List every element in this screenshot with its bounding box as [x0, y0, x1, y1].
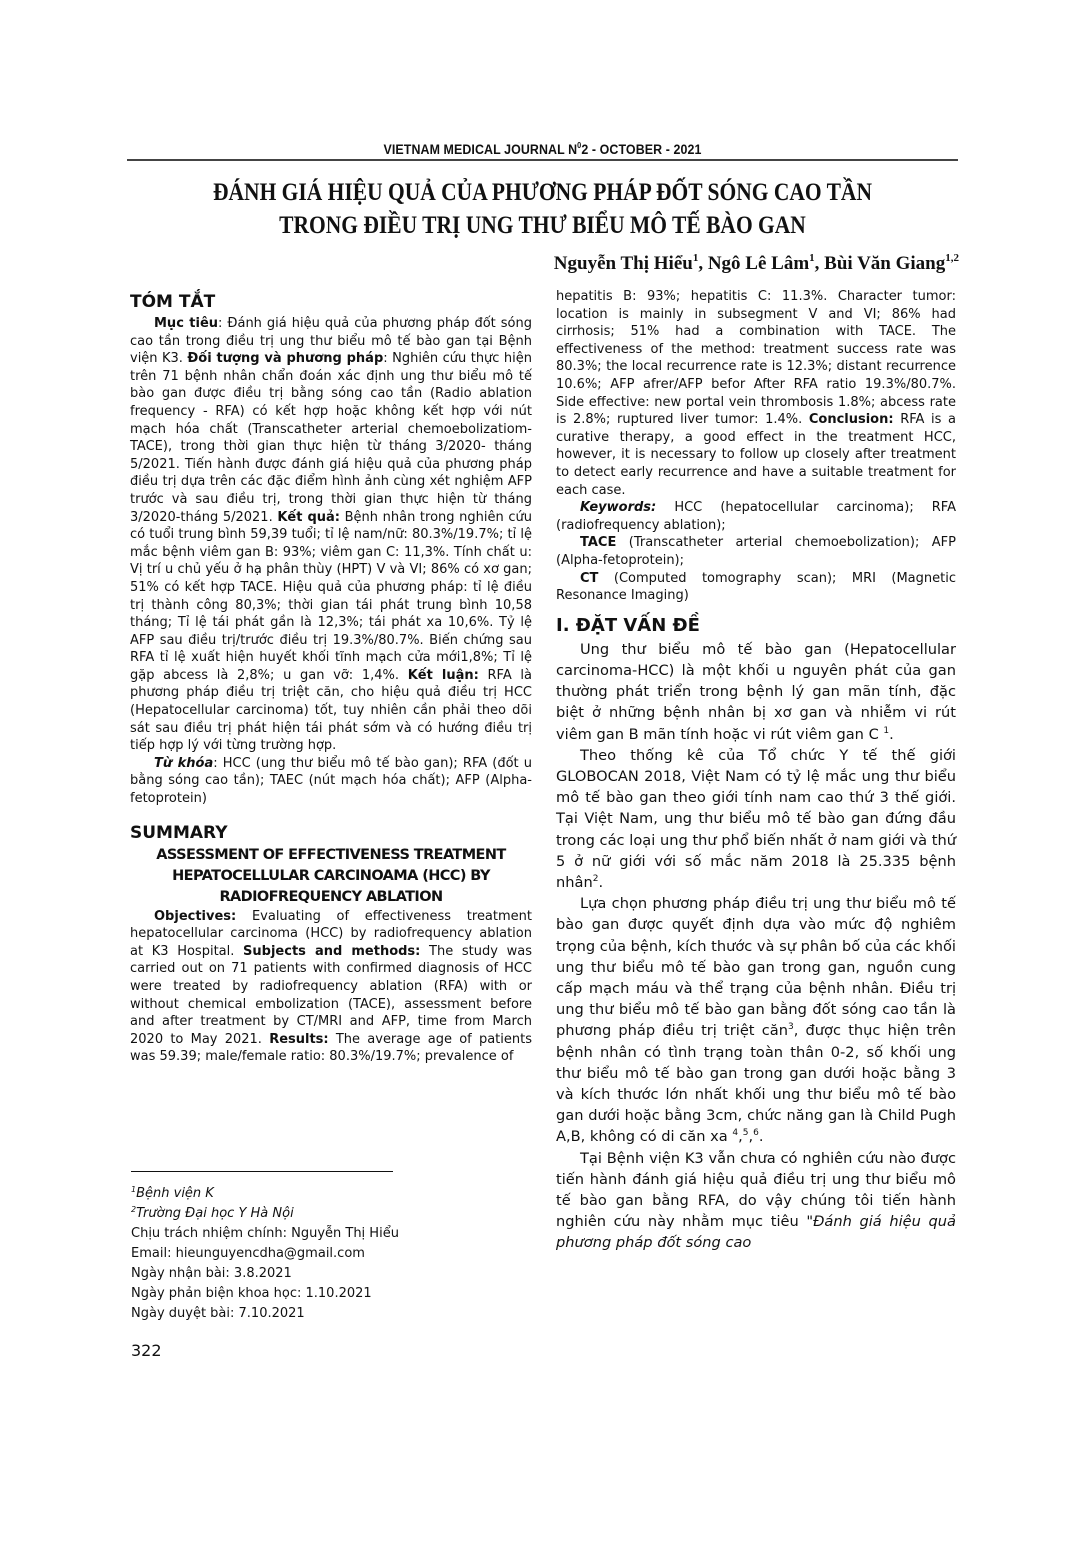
text-ket-qua: Bệnh nhân trong nghiên cứu có tuổi trung… — [130, 510, 532, 683]
label-ket-qua: Kết quả: — [277, 510, 340, 525]
abstract-vi-paragraph: Mục tiêu: Đánh giá hiệu quả của phương p… — [130, 315, 532, 755]
intro-paragraph-3: Lựa chọn phương pháp điều trị ung thư bi… — [556, 893, 956, 1147]
intro-text: Theo thống kê của Tổ chức Y tế thế giới … — [556, 747, 956, 891]
affiliation-2: 2Trường Đại học Y Hà Nội — [131, 1204, 531, 1224]
issue-date: 2 - OCTOBER - 2021 — [581, 142, 701, 157]
contact-email: Email: hieunguyencdha@gmail.com — [131, 1244, 531, 1264]
english-title-line-2: HEPATOCELLULAR CARCINOAMA (HCC) BY — [130, 866, 532, 887]
intro-text: , được thục hiện trên bệnh nhân có tình … — [556, 1022, 956, 1145]
affiliation-text: Bệnh viện K — [136, 1186, 214, 1201]
text-tace: (Transcatheter arterial chemoebolization… — [556, 535, 956, 568]
keywords-en: Keywords: HCC (hepatocellular carcinoma)… — [556, 499, 956, 534]
text-doi-tuong: : Nghiên cứu thực hiện trên 71 bệnh nhân… — [130, 351, 532, 524]
label-results: Results: — [269, 1032, 328, 1047]
header-rule — [127, 159, 958, 161]
intro-text: Lựa chọn phương pháp điều trị ung thư bi… — [556, 895, 956, 1039]
intro-text: Ung thư biểu mô tế bào gan (Hepatocellul… — [556, 641, 956, 743]
author-separator: , — [815, 253, 825, 274]
author-separator: , — [698, 253, 708, 274]
summary-heading: SUMMARY — [130, 822, 532, 844]
author-affiliation: 1,2 — [945, 252, 959, 264]
intro-paragraph-1: Ung thư biểu mô tế bào gan (Hepatocellul… — [556, 639, 956, 745]
label-conclusion: Conclusion: — [809, 412, 894, 427]
label-methods: Subjects and methods: — [243, 944, 420, 959]
title-line-1: ĐÁNH GIÁ HIỆU QUẢ CỦA PHƯƠNG PHÁP ĐỐT SÓ… — [185, 176, 900, 209]
english-title-line-1: ASSESSMENT OF EFFECTIVENESS TREATMENT — [130, 845, 532, 866]
text-ct: (Computed tomography scan); MRI (Magneti… — [556, 571, 956, 604]
keywords-en-ct: CT (Computed tomography scan); MRI (Magn… — [556, 570, 956, 605]
label-objectives: Objectives: — [154, 909, 236, 924]
label-ct: CT — [580, 571, 598, 586]
label-doi-tuong: Đối tượng và phương pháp — [187, 351, 383, 366]
article-page: VIETNAM MEDICAL JOURNAL N02 - OCTOBER - … — [0, 0, 1090, 1541]
affiliation-1: 1Bệnh viện K — [131, 1184, 531, 1204]
text-results-part2: hepatitis B: 93%; hepatitis C: 11.3%. Ch… — [556, 289, 956, 427]
left-column: TÓM TẮT Mục tiêu: Đánh giá hiệu quả của … — [130, 291, 532, 1066]
label-ket-luan: Kết luận: — [408, 668, 479, 683]
punctuation: . — [759, 1128, 764, 1145]
abstract-en-continued: hepatitis B: 93%; hepatitis C: 11.3%. Ch… — [556, 288, 956, 499]
intro-paragraph-4: Tại Bệnh viện K3 vẫn chưa có nghiên cứu … — [556, 1148, 956, 1254]
footnote-rule — [131, 1171, 393, 1172]
abstract-en-paragraph: Objectives: Evaluating of effectiveness … — [130, 908, 532, 1066]
punctuation: . — [889, 726, 894, 743]
label-keywords: Keywords: — [580, 500, 656, 515]
label-tace: TACE — [580, 535, 616, 550]
english-title-line-3: RADIOFREQUENCY ABLATION — [130, 887, 532, 908]
responsible-author: Chịu trách nhiệm chính: Nguyễn Thị Hiểu — [131, 1224, 531, 1244]
english-title: ASSESSMENT OF EFFECTIVENESS TREATMENT HE… — [130, 845, 532, 908]
date-reviewed: Ngày phản biện khoa học: 1.10.2021 — [131, 1284, 531, 1304]
punctuation: . — [598, 874, 603, 891]
keywords-vi: Từ khóa: HCC (ung thư biểu mô tế bào gan… — [130, 755, 532, 808]
journal-header: VIETNAM MEDICAL JOURNAL N02 - OCTOBER - … — [160, 142, 925, 157]
journal-name: VIETNAM MEDICAL JOURNAL N — [383, 142, 577, 157]
label-muc-tieu: Mục tiêu — [154, 316, 218, 331]
article-title: ĐÁNH GIÁ HIỆU QUẢ CỦA PHƯƠNG PHÁP ĐỐT SÓ… — [185, 176, 900, 242]
label-tu-khoa: Từ khóa — [154, 756, 213, 771]
author-name: Bùi Văn Giang — [824, 253, 945, 274]
page-number: 322 — [131, 1341, 162, 1360]
author-name: Nguyễn Thị Hiểu — [554, 253, 693, 274]
tom-tat-heading: TÓM TẮT — [130, 291, 532, 313]
right-column: hepatitis B: 93%; hepatitis C: 11.3%. Ch… — [556, 288, 956, 1254]
intro-paragraph-2: Theo thống kê của Tổ chức Y tế thế giới … — [556, 745, 956, 893]
title-line-2: TRONG ĐIỀU TRỊ UNG THƯ BIỂU MÔ TẾ BÀO GA… — [185, 209, 900, 242]
author-list: Nguyễn Thị Hiểu1, Ngô Lê Lâm1, Bùi Văn G… — [554, 253, 959, 275]
date-accepted: Ngày duyệt bài: 7.10.2021 — [131, 1304, 531, 1324]
date-received: Ngày nhận bài: 3.8.2021 — [131, 1264, 531, 1284]
keywords-en-tace: TACE (Transcatheter arterial chemoeboliz… — [556, 534, 956, 569]
footnotes: 1Bệnh viện K 2Trường Đại học Y Hà Nội Ch… — [131, 1184, 531, 1324]
section-1-heading: I. ĐẶT VẤN ĐỀ — [556, 613, 956, 639]
author-name: Ngô Lê Lâm — [708, 253, 809, 274]
affiliation-text: Trường Đại học Y Hà Nội — [136, 1206, 294, 1221]
